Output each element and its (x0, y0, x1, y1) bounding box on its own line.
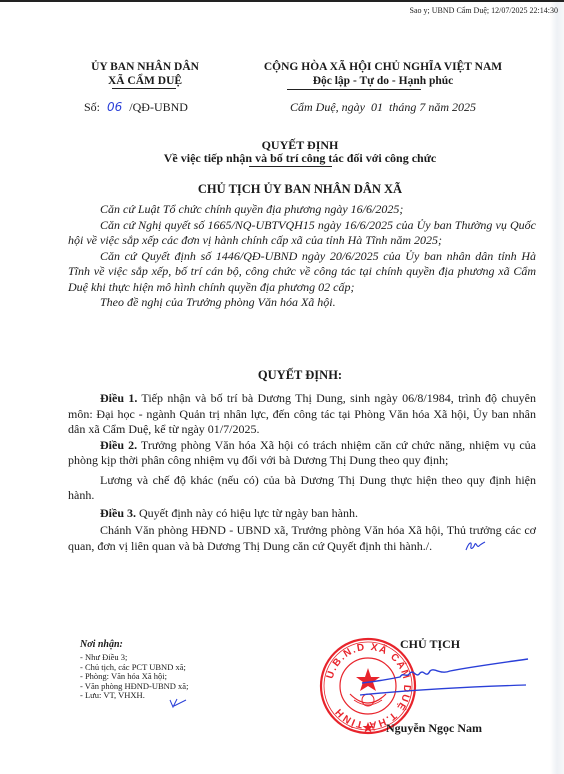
org-underline (112, 88, 176, 89)
article-label: Điều 1. (100, 391, 137, 405)
document-page: Sao y; UBND Cẩm Duệ; 12/07/2025 22:14:30… (0, 2, 564, 774)
decision-heading: QUYẾT ĐỊNH: (60, 368, 540, 383)
doc-no-value: 06 (103, 100, 126, 114)
document-subject: Về việc tiếp nhận và bố trí công tác đối… (60, 151, 540, 166)
signature-icon (360, 657, 530, 697)
article-3-extra: Chánh Văn phòng HĐND - UBND xã, Trưởng p… (68, 523, 536, 554)
article-text: Tiếp nhận và bố trí bà Dương Thị Dung, s… (68, 391, 536, 436)
copy-stamp: Sao y; UBND Cẩm Duệ; 12/07/2025 22:14:30 (410, 6, 558, 15)
basis-item: Căn cứ Luật Tổ chức chính quyền địa phươ… (68, 202, 536, 218)
basis-item: Theo đề nghị của Trưởng phòng Văn hóa Xã… (68, 295, 536, 311)
article-text: Quyết định này có hiệu lực từ ngày ban h… (136, 506, 358, 520)
articles: Điều 1. Tiếp nhận và bố trí bà Dương Thị… (68, 391, 536, 554)
article-label: Điều 2. (100, 438, 137, 452)
motto: Độc lập - Tự do - Hạnh phúc (228, 74, 538, 88)
signer-title: CHỦ TỊCH (400, 637, 460, 652)
subject-underline (249, 166, 332, 167)
place-date: Cẩm Duệ, ngày 01 tháng 7 năm 2025 (228, 100, 538, 115)
org-name: ỦY BAN NHÂN DÂN (70, 60, 220, 74)
org-commune: XÃ CẨM DUỆ (70, 74, 220, 88)
basis-item: Căn cứ Nghị quyết số 1665/NQ-UBTVQH15 ng… (68, 218, 536, 249)
authority-heading: CHỦ TỊCH ỦY BAN NHÂN DÂN XÃ (60, 182, 540, 197)
article-1: Điều 1. Tiếp nhận và bố trí bà Dương Thị… (68, 391, 536, 438)
scan-edge (550, 2, 564, 774)
recipients-list: - Như Điều 3; - Chủ tịch, các PCT UBND x… (80, 653, 188, 701)
legal-bases: Căn cứ Luật Tổ chức chính quyền địa phươ… (68, 202, 536, 311)
doc-no-suffix: /QĐ-UBND (129, 100, 188, 114)
article-2: Điều 2. Trưởng phòng Văn hóa Xã hội có t… (68, 438, 536, 469)
article-3: Điều 3. Quyết định này có hiệu lực từ ng… (68, 506, 536, 522)
basis-item: Căn cứ Quyết định số 1446/QĐ-UBND ngày 2… (68, 249, 536, 296)
motto-underline (287, 89, 421, 90)
signer-name: Nguyễn Ngọc Nam (386, 721, 482, 736)
recipients-title: Nơi nhận: (80, 639, 123, 650)
article-label: Điều 3. (100, 506, 136, 520)
article-text: Trưởng phòng Văn hóa Xã hội có trách nhi… (68, 438, 536, 468)
check-mark-icon (168, 696, 188, 710)
nation-title: CỘNG HÒA XÃ HỘI CHỦ NGHĨA VIỆT NAM (228, 60, 538, 74)
doc-no-label: Số: (84, 100, 100, 114)
handwritten-initials-icon (432, 540, 454, 552)
article-2-extra: Lương và chế độ khác (nếu có) của bà Dươ… (68, 473, 536, 504)
document-number: Số: 06 /QĐ-UBND (84, 100, 188, 115)
